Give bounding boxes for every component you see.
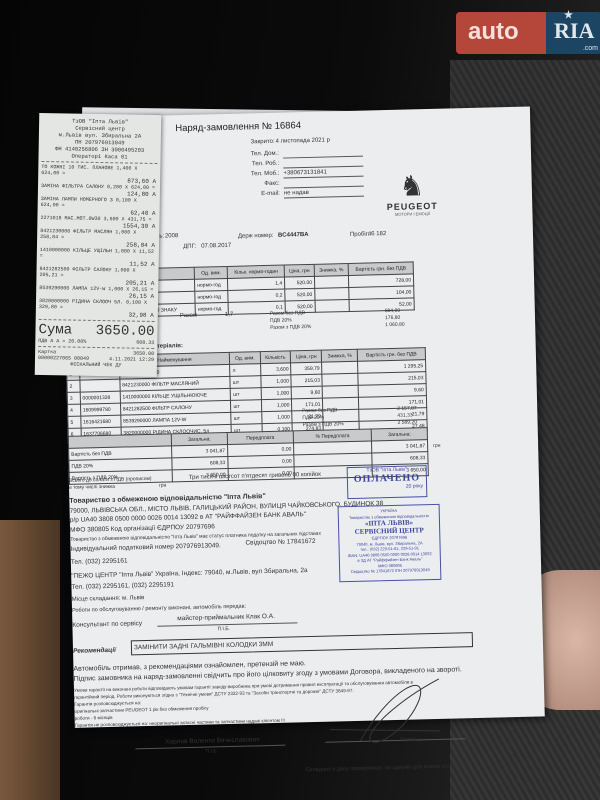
contact-label: Тел. Моб.:: [239, 171, 279, 178]
table-cell: 3: [67, 392, 80, 404]
vehicle-plate: BC4447BA: [278, 232, 309, 239]
table-cell: 0000001328: [80, 391, 120, 404]
watermark-auto: auto: [456, 12, 546, 54]
warranty-line: роботи - 6 місяців: [75, 715, 113, 721]
summary-value: 431,33: [397, 412, 412, 418]
receipt-items: ТО КОЖНІ 10 ТИС. ПЛАНОВЕ 1,400 Х 624,00 …: [36, 164, 161, 319]
autoria-watermark: auto ★ RIA .com: [456, 12, 600, 54]
receipt-item: ТО КОЖНІ 10 ТИС. ПЛАНОВЕ 1,400 Х 624,00 …: [38, 164, 160, 185]
summary-value: 884,00: [385, 308, 400, 314]
table-cell: 1,000: [260, 375, 291, 388]
works-total-hours: 1,7: [225, 312, 233, 318]
summary-value: 176,80: [385, 315, 400, 321]
summary-label: Разом без ПДВ: [302, 407, 337, 414]
receipt-item-text: 8421230000 ФІЛЬТР МАСЛЯН 1,000 Х 258,04 …: [37, 228, 159, 242]
table-cell: [314, 275, 348, 288]
vehicle-dpr: 07.08.2017: [201, 243, 231, 250]
service-center-phone: Тел. (032) 2295161, (032) 2295191: [71, 581, 174, 591]
column-header: Од. вим.: [230, 352, 260, 365]
vehicle-mileage: 46 182: [368, 231, 387, 237]
table-cell: [322, 361, 358, 374]
table-cell: нормо-год: [195, 278, 229, 291]
receipt-item: 8421282500 ФІЛЬТР САЛОНУ 1,000 Х 205,21 …: [36, 266, 158, 287]
table-cell: 3,600: [260, 363, 291, 376]
contact-line: [283, 166, 363, 169]
table-cell: 1,000: [261, 411, 292, 424]
receipt-vat: ПДВ А А = 20.00% 608.33: [35, 338, 157, 346]
background-leg: [0, 520, 60, 800]
summary-value: 2 157,87: [397, 405, 417, 411]
client-pib: П.І.Б.: [205, 748, 218, 754]
table-cell: шт: [231, 400, 261, 413]
column-header: Знижка, %: [322, 349, 358, 362]
column-header: Ціна, грн: [291, 350, 322, 363]
contact-line: [283, 156, 363, 159]
recommendations-label: Рекомендації: [73, 647, 116, 655]
order-title: Наряд-замовлення № 16864: [175, 120, 301, 134]
table-cell: шт: [231, 388, 261, 401]
receipt-item: 1410000000 КІЛЬЦЕ УЩІЛЬН 1,000 Х 11,52 =…: [37, 247, 159, 268]
stamp-line: Свідоцтво № 17841672 ІПН 207976913049: [340, 567, 440, 575]
closed-label: Закрито:: [251, 139, 275, 146]
table-cell: 520,00: [285, 276, 315, 289]
uah-label: грн: [159, 483, 167, 489]
table-cell: 215,03: [291, 374, 322, 387]
consultant-label: Консультант по сервісу: [72, 620, 142, 629]
receipt-item: 8421230000 ФІЛЬТР МАСЛЯН 1,000 Х 258,04 …: [37, 228, 159, 249]
table-cell: [80, 379, 120, 392]
receipt-item-text: 8421282500 ФІЛЬТР САЛОНУ 1,000 Х 205,21 …: [36, 266, 158, 280]
column-header: Знижка, %: [314, 264, 348, 277]
receipt-header: ТзОВ "Іпта Львів"Сервісний центрм.Львів …: [38, 113, 161, 161]
watermark-ria: ★ RIA .com: [546, 12, 600, 54]
summary-value: 1 060,80: [385, 322, 405, 328]
table-cell: 4: [67, 404, 80, 416]
column-header: Кількість: [260, 351, 291, 364]
table-cell: 2: [67, 380, 80, 392]
table-cell: 52,00: [349, 298, 414, 312]
summary-label: Разом з ПДВ 20%: [270, 324, 311, 331]
table-cell: [315, 287, 349, 300]
summary-label: Разом з ПДВ 20%: [303, 421, 344, 428]
dpr-label: ДПГ:: [183, 244, 196, 250]
table-cell: 359,79: [291, 362, 322, 375]
summary-label: Разом без ПДВ: [270, 310, 305, 317]
table-cell: шт: [230, 376, 260, 389]
table-cell: 1,000: [261, 387, 292, 400]
table-cell: [322, 373, 358, 386]
receipt-item-text: ЗАМІНА ЛАМПИ НОМЕРНОГО З 0,100 Х 624,00 …: [38, 196, 160, 210]
contact-label: Тел. Дом.:: [239, 151, 279, 158]
table-cell: нормо-год: [195, 302, 229, 315]
contact-value: +380673131841: [283, 169, 327, 176]
plate-label: Держ номер:: [238, 233, 274, 240]
warranty-line: Гарантія розповсюджується на:: [74, 700, 141, 707]
star-icon: ★: [564, 10, 573, 21]
peugeot-logo: ♞ PEUGEOT МОТОРИ І ЕМОЦІЇ: [381, 171, 442, 217]
summary-value: 2 589,20: [397, 419, 417, 425]
service-center-address: "ПЕЖО ЦЕНТР "Іпта Львів" Україна, Індекс…: [71, 567, 308, 580]
summary-label: ПДВ 20%: [302, 415, 324, 422]
contact-label: Факс:: [240, 181, 280, 188]
handover-label: Роботи по обслуговуванню / ремонту викон…: [72, 604, 246, 614]
mileage-label: Пробіг:: [350, 231, 370, 237]
summary-label: ПДВ 20%: [270, 317, 292, 324]
table-cell: 5: [68, 416, 81, 428]
contact-line: [284, 186, 364, 189]
recommendations-box: ЗАМІНИТИ ЗАДНІ ГАЛЬМІВНІ КОЛОДКИ 3ММ: [131, 632, 473, 655]
column-header: Од. вим.: [194, 266, 228, 279]
peugeot-lion-icon: ♞: [381, 171, 442, 202]
contact-label: E-mail:: [240, 191, 280, 198]
receipt-item-text: 3820000000 РІДИНА СКЛООЧ 5Л. 0,100 Х 329…: [36, 298, 158, 312]
contact-value: не надав: [284, 190, 309, 197]
place-label: Місце складання: м. Львів: [72, 595, 145, 603]
watermark-ria-text: RIA: [554, 18, 594, 43]
warranty-line: оригінальні запчастини PEUGEOT 1 рік без…: [74, 706, 208, 714]
table-cell: шт: [231, 412, 261, 425]
receipt-item: ЗАМІНА ЛАМПИ НОМЕРНОГО З 0,100 Х 624,00 …: [38, 196, 160, 217]
paid-stamp: ТзОВ "Іпта Львів" ОПЛАЧЕНО 20 року: [347, 465, 428, 499]
vehicle-model: 2008: [165, 233, 179, 239]
table-cell: 1,000: [261, 399, 292, 412]
service-center-stamp: УКРАЇНАТовариство з обмеженою відповідал…: [338, 504, 442, 582]
receipt-sum-value: 3650.00: [96, 323, 155, 340]
consultant-name: майстер-приймальник Клак О.А.: [177, 613, 275, 622]
contact-label: Тел. Роб.:: [239, 161, 279, 168]
receipt-vat-label: ПДВ А А = 20.00%: [38, 338, 86, 345]
vat-included-label: в тому числі знижка: [69, 484, 115, 491]
closed-date: 4 листопада 2021 р: [276, 137, 330, 144]
totals-currency: грн: [433, 443, 441, 449]
works-total-label: Разом: [180, 313, 197, 319]
receipt-sum-label: Сума: [38, 322, 72, 339]
company-phone: Тел. (032) 2295161: [71, 557, 128, 565]
receipt-vat-value: 608.33: [136, 340, 154, 346]
table-cell: л: [230, 364, 260, 377]
fiscal-receipt: ТзОВ "Іпта Львів"Сервісний центрм.Львів …: [35, 113, 162, 377]
company-mfo: МФО 380805 Код організації ЄДРПОУ 207976…: [70, 523, 215, 534]
company-tax-number: Індивідуальний податковий номер 20797691…: [70, 542, 220, 553]
column-header: Ціна, грн: [284, 264, 314, 277]
receipt-item-text: ТО КОЖНІ 10 ТИС. ПЛАНОВЕ 1,400 Х 624,00 …: [38, 164, 160, 178]
table-cell: нормо-год: [195, 290, 229, 303]
company-certificate: Свідоцтво № 17841672: [245, 538, 315, 547]
recommendations-text: ЗАМІНИТИ ЗАДНІ ГАЛЬМІВНІ КОЛОДКИ 3ММ: [134, 641, 273, 651]
table-cell: 520,00: [285, 288, 315, 301]
table-cell: 9,60: [291, 386, 322, 399]
receipt-item: 3820000000 РІДИНА СКЛООЧ 5Л. 0,100 Х 329…: [36, 298, 158, 319]
receipt-item-amount: 32,98 А: [36, 310, 158, 319]
consultant-pib: П.І.Б.: [217, 626, 230, 632]
table-cell: [315, 299, 349, 312]
watermark-domain: .com: [583, 45, 598, 52]
table-cell: [323, 385, 359, 398]
table-cell: 1616421680: [80, 415, 120, 428]
table-cell: 1609999780: [80, 403, 120, 416]
